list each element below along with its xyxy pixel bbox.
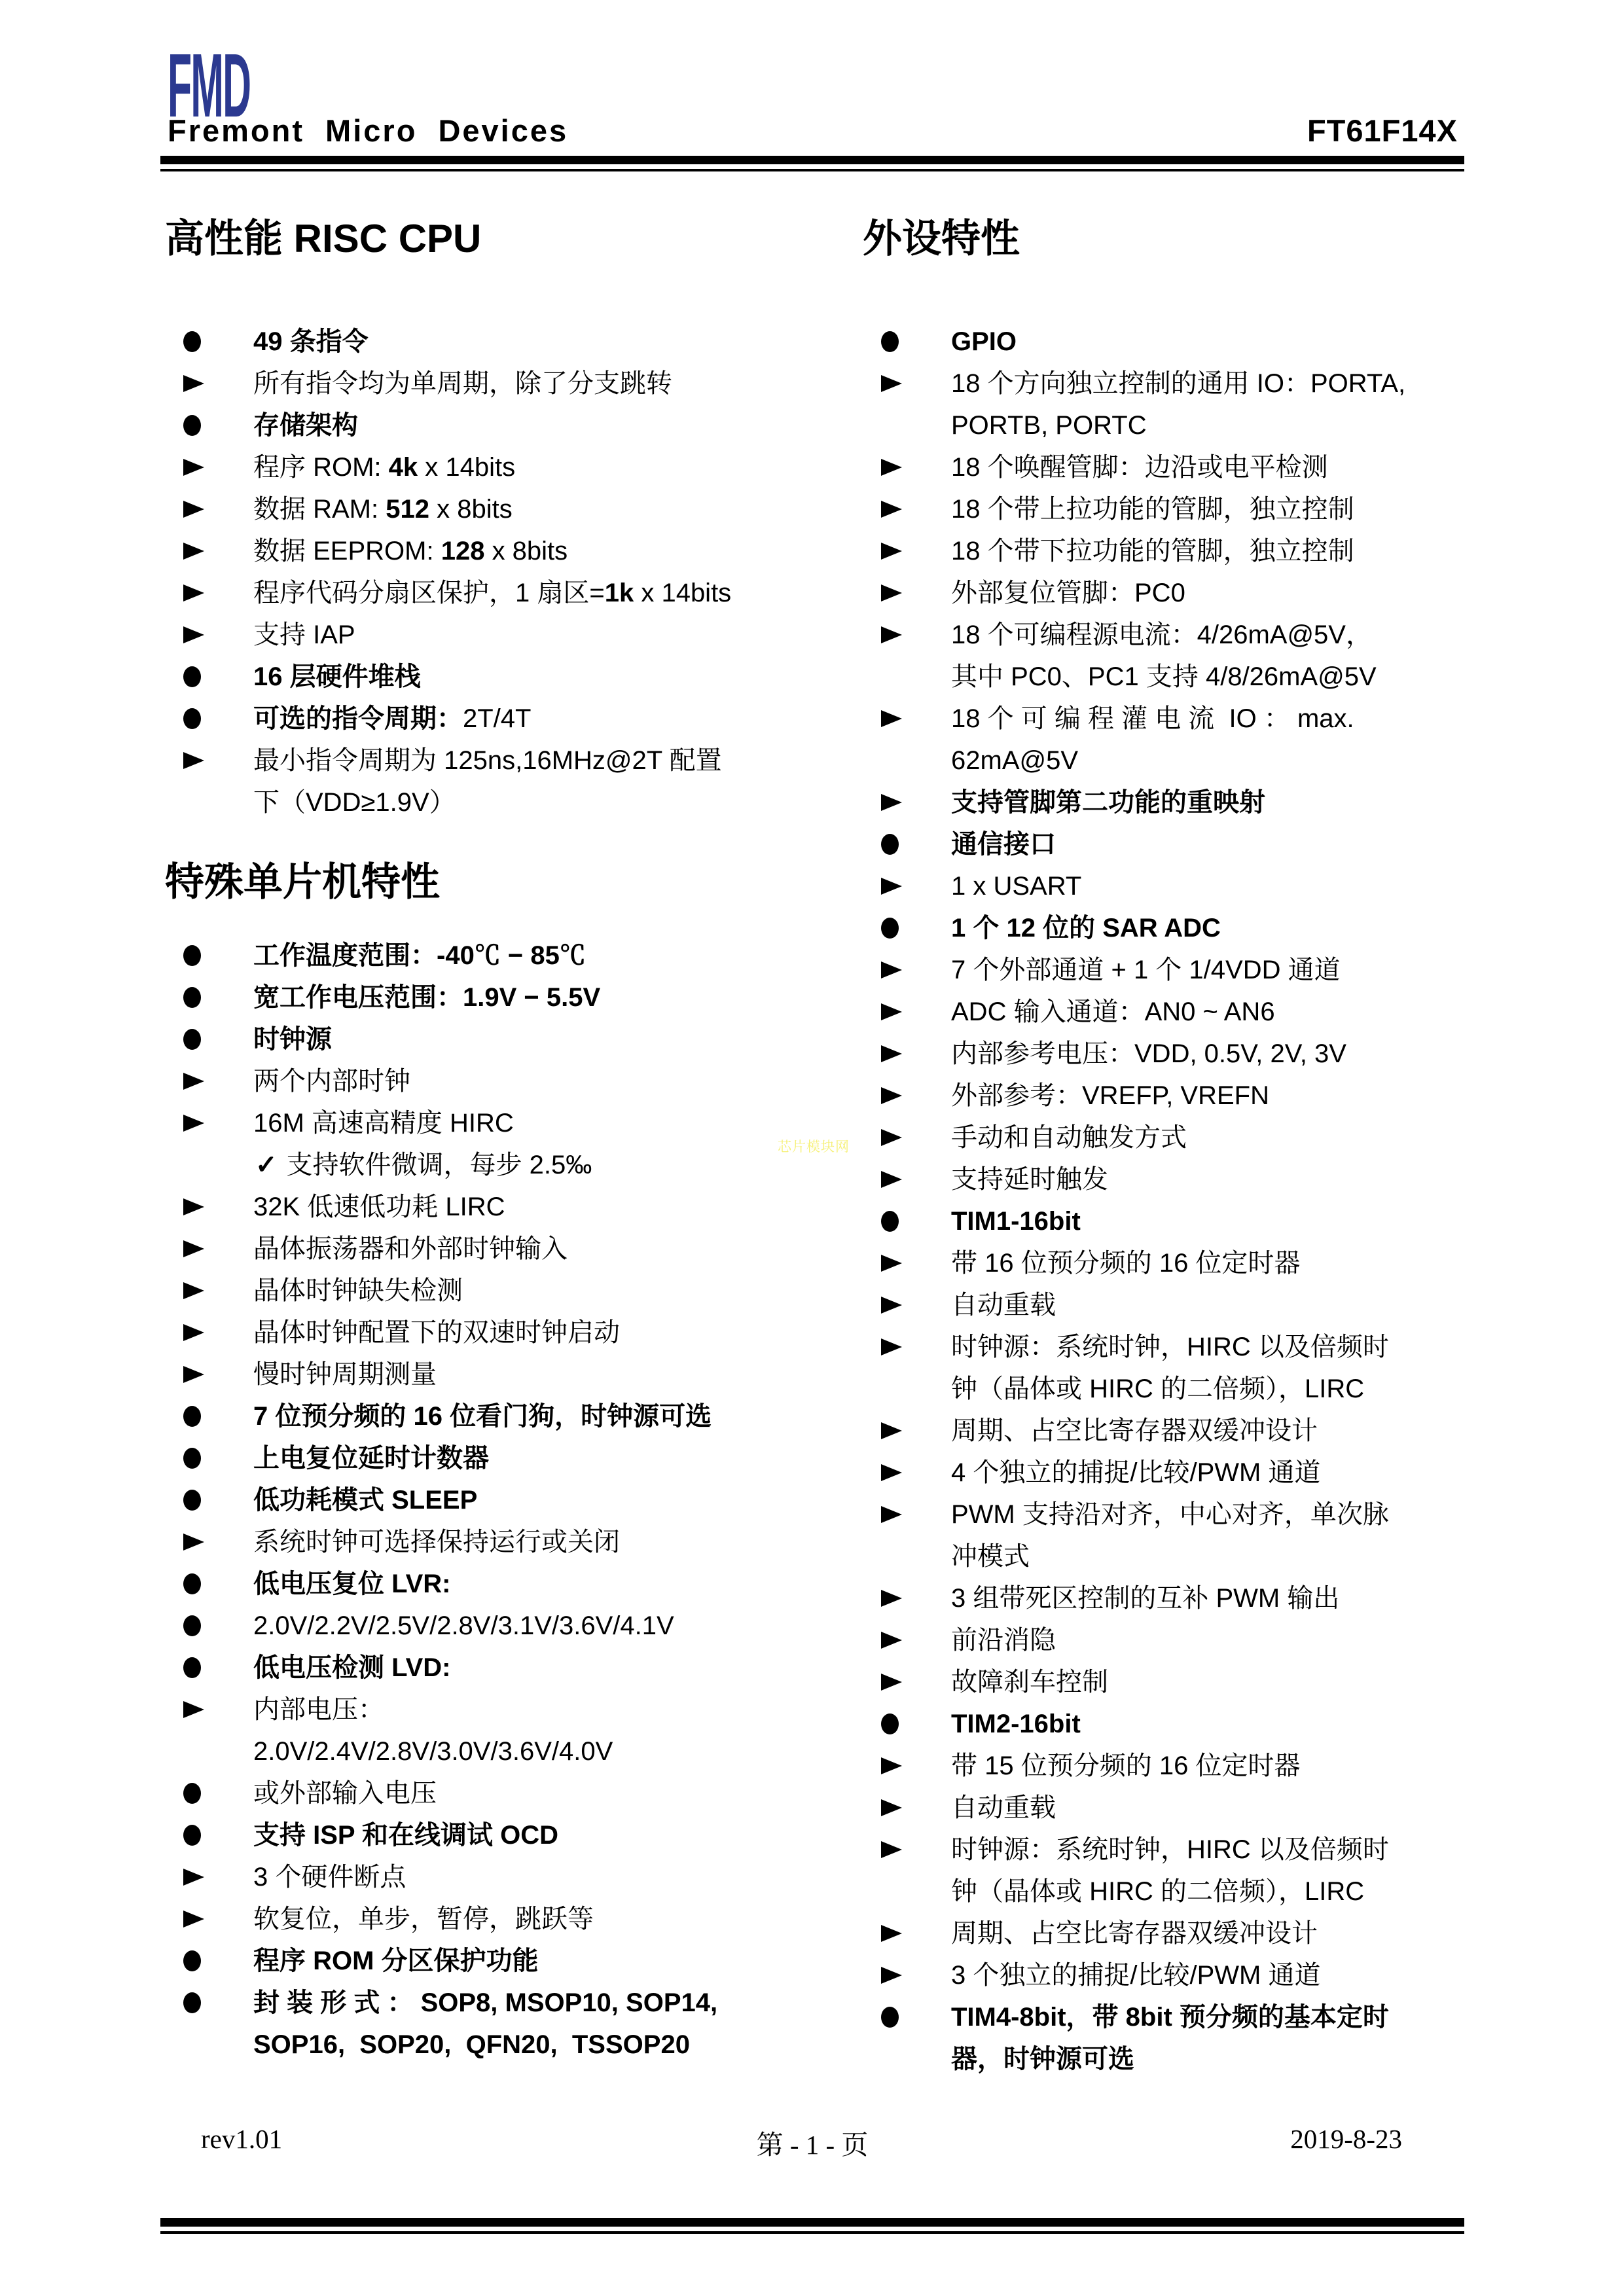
feature-text: 最小指令周期为 125ns,16MHz@2T 配置 下（VDD≥1.9V） <box>253 746 722 817</box>
feature-text: 18 个方向独立控制的通用 IO：PORTA, PORTB, PORTC <box>951 369 1405 440</box>
feature-text: TIM2-16bit <box>951 1710 1081 1738</box>
feature-text: 1 x USART <box>951 872 1081 901</box>
arrow-bullet-icon <box>183 1856 204 1898</box>
text-run: 故障刹车控制 <box>951 1668 1108 1696</box>
feature-item: 7 位预分频的 16 位看门狗，时钟源可选 <box>165 1395 814 1437</box>
feature-item: 1 个 12 位的 SAR ADC <box>863 907 1481 949</box>
header-rule-thin <box>160 169 1464 171</box>
feature-text: 存储架构 <box>253 411 358 440</box>
text-run: 所有指令均为单周期，除了分支跳转 <box>253 369 672 398</box>
text-run: x 8bits <box>429 495 513 524</box>
arrow-bullet-icon-shape <box>881 375 902 392</box>
feature-text: 时钟源：系统时钟，HIRC 以及倍频时 钟（晶体或 HIRC 的二倍频），LIR… <box>951 1835 1389 1906</box>
arrow-bullet-icon-shape <box>881 1464 902 1481</box>
feature-text: 系统时钟可选择保持运行或关闭 <box>253 1528 620 1556</box>
feature-item: 3 个独立的捕捉/比较/PWM 通道 <box>863 1954 1481 1996</box>
text-run: 4k <box>389 453 418 482</box>
feature-item: 时钟源：系统时钟，HIRC 以及倍频时 钟（晶体或 HIRC 的二倍频），LIR… <box>863 1326 1481 1410</box>
text-run: 支持 IAP <box>253 620 355 649</box>
feature-item: 程序 ROM: 4k x 14bits <box>165 446 814 488</box>
text-run: 18 个带上拉功能的管脚，独立控制 <box>951 495 1354 524</box>
text-run: 周期、占空比寄存器双缓冲设计 <box>951 1919 1318 1948</box>
feature-text: ADC 输入通道：AN0 ~ AN6 <box>951 997 1275 1026</box>
feature-item: 最小指令周期为 125ns,16MHz@2T 配置 下（VDD≥1.9V） <box>165 740 814 823</box>
footer-rule-thick <box>160 2218 1464 2227</box>
bullet-dot-icon <box>183 1395 201 1437</box>
bullet-dot-icon <box>183 1647 201 1689</box>
feature-item: 宽工作电压范围：1.9V − 5.5V <box>165 977 814 1018</box>
feature-text: 自动重载 <box>951 1793 1056 1822</box>
arrow-bullet-icon-shape <box>881 1297 902 1314</box>
text-run: x 8bits <box>484 537 568 565</box>
bullet-dot-icon <box>183 1814 201 1856</box>
text-run: 时钟源：系统时钟，HIRC 以及倍频时 钟（晶体或 HIRC 的二倍频），LIR… <box>951 1333 1389 1403</box>
text-run: 2T/4T <box>463 704 531 733</box>
arrow-bullet-icon-shape <box>881 501 902 518</box>
arrow-bullet-icon <box>881 865 902 907</box>
text-run: 周期、占空比寄存器双缓冲设计 <box>951 1416 1318 1445</box>
feature-item: 可选的指令周期：2T/4T <box>165 698 814 740</box>
text-run: x 14bits <box>418 453 515 482</box>
text-run: 内部参考电压：VDD, 0.5V, 2V, 3V <box>951 1039 1346 1068</box>
arrow-bullet-icon-shape <box>881 584 902 601</box>
arrow-bullet-icon-shape <box>183 1115 204 1132</box>
feature-item: 支持延时触发 <box>863 1158 1481 1200</box>
right-column: 外设特性GPIO18 个方向独立控制的通用 IO：PORTA, PORTB, P… <box>863 219 1481 2080</box>
text-run: PWM 支持沿对齐，中心对齐，单次脉 冲模式 <box>951 1500 1389 1571</box>
arrow-bullet-icon-shape <box>183 1869 204 1886</box>
feature-item: 16M 高速高精度 HIRC <box>165 1102 814 1144</box>
text-run: 18 个可编程源电流：4/26mA@5V， 其中 PC0、PC1 支持 4/8/… <box>951 620 1377 691</box>
feature-text: 程序代码分扇区保护，1 扇区=1k x 14bits <box>253 579 731 607</box>
feature-text: 通信接口 <box>951 830 1056 859</box>
bullet-dot-icon-shape <box>881 2007 899 2028</box>
text-run: 32K 低速低功耗 LIRC <box>253 1193 505 1221</box>
arrow-bullet-icon-shape <box>881 1632 902 1649</box>
arrow-bullet-icon-shape <box>183 1240 204 1257</box>
text-run: TIM2-16bit <box>951 1710 1081 1738</box>
company-name: Fremont Micro Devices <box>168 113 568 149</box>
feature-item: 上电复位延时计数器 <box>165 1437 814 1479</box>
text-run: 低电压检测 LVD: <box>253 1653 450 1682</box>
arrow-bullet-icon-shape <box>183 626 204 643</box>
text-run: 18 个带下拉功能的管脚，独立控制 <box>951 537 1354 565</box>
text-run: 3 个独立的捕捉/比较/PWM 通道 <box>951 1961 1320 1990</box>
text-run: 带 16 位预分频的 16 位定时器 <box>951 1249 1300 1278</box>
header-rule-thick <box>160 156 1464 164</box>
feature-item: 系统时钟可选择保持运行或关闭 <box>165 1521 814 1563</box>
arrow-bullet-icon-shape <box>881 794 902 811</box>
text-run: 16M 高速高精度 HIRC <box>253 1109 514 1138</box>
feature-text: 程序 ROM: 4k x 14bits <box>253 453 515 482</box>
bullet-dot-icon <box>183 656 201 698</box>
feature-item: 18 个可编程源电流：4/26mA@5V， 其中 PC0、PC1 支持 4/8/… <box>863 614 1481 698</box>
arrow-bullet-icon-shape <box>881 1799 902 1816</box>
arrow-bullet-icon-shape <box>183 1701 204 1718</box>
section-title: 高性能 RISC CPU <box>165 219 814 259</box>
arrow-bullet-icon <box>881 991 902 1033</box>
feature-item: 数据 EEPROM: 128 x 8bits <box>165 530 814 572</box>
arrow-bullet-icon-shape <box>881 1925 902 1942</box>
feature-text: 周期、占空比寄存器双缓冲设计 <box>951 1919 1318 1948</box>
text-run: 16 层硬件堆栈 <box>253 662 421 691</box>
arrow-bullet-icon <box>183 363 204 404</box>
arrow-bullet-icon <box>881 614 902 656</box>
feature-item: 18 个 可 编 程 灌 电 流 IO ： max. 62mA@5V <box>863 698 1481 781</box>
feature-text: 时钟源 <box>253 1025 332 1054</box>
arrow-bullet-icon-shape <box>183 584 204 601</box>
arrow-bullet-icon <box>881 530 902 572</box>
feature-item: 故障刹车控制 <box>863 1661 1481 1703</box>
text-run: x 14bits <box>634 579 731 607</box>
feature-text: TIM4-8bit，带 8bit 预分频的基本定时 器，时钟源可选 <box>951 2003 1389 2073</box>
arrow-bullet-icon <box>881 1619 902 1661</box>
arrow-bullet-icon-shape <box>881 1506 902 1523</box>
arrow-bullet-icon-shape <box>881 1841 902 1858</box>
arrow-bullet-icon <box>881 1745 902 1787</box>
feature-item: TIM4-8bit，带 8bit 预分频的基本定时 器，时钟源可选 <box>863 1996 1481 2080</box>
arrow-bullet-icon-shape <box>881 626 902 643</box>
arrow-bullet-icon-shape <box>881 1003 902 1020</box>
feature-item: 自动重载 <box>863 1284 1481 1326</box>
feature-text: 两个内部时钟 <box>253 1067 410 1096</box>
text-run: 3 个硬件断点 <box>253 1863 406 1892</box>
arrow-bullet-icon-shape <box>881 1129 902 1146</box>
arrow-bullet-icon-shape <box>183 1073 204 1090</box>
feature-item: 周期、占空比寄存器双缓冲设计 <box>863 1912 1481 1954</box>
arrow-bullet-icon <box>183 1270 204 1312</box>
text-run: 1 个 12 位的 SAR ADC <box>951 914 1221 942</box>
feature-text: 故障刹车控制 <box>951 1668 1108 1696</box>
feature-text: TIM1-16bit <box>951 1207 1081 1236</box>
bullet-dot-icon <box>183 1605 201 1647</box>
arrow-bullet-icon <box>881 488 902 530</box>
feature-text: 晶体时钟缺失检测 <box>253 1276 463 1305</box>
arrow-bullet-icon <box>881 1954 902 1996</box>
text-run: 通信接口 <box>951 830 1056 859</box>
arrow-bullet-icon-shape <box>183 1282 204 1299</box>
text-run: 宽工作电压范围：1.9V − 5.5V <box>253 983 600 1012</box>
arrow-bullet-icon <box>881 949 902 991</box>
text-run: 1 x USART <box>951 872 1081 901</box>
bullet-dot-icon-shape <box>183 708 201 729</box>
text-run: 最小指令周期为 125ns,16MHz@2T 配置 下（VDD≥1.9V） <box>253 746 722 817</box>
arrow-bullet-icon <box>183 488 204 530</box>
feature-item: 数据 RAM: 512 x 8bits <box>165 488 814 530</box>
feature-text: 支持管脚第二功能的重映射 <box>951 788 1265 817</box>
feature-item: 或外部输入电压 <box>165 1772 814 1814</box>
arrow-bullet-icon <box>881 1912 902 1954</box>
feature-item: 18 个带上拉功能的管脚，独立控制 <box>863 488 1481 530</box>
bullet-dot-icon-shape <box>183 1783 201 1804</box>
section-title: 特殊单片机特性 <box>165 863 814 902</box>
feature-item: 低电压复位 LVR: <box>165 1563 814 1605</box>
feature-text: 支持 IAP <box>253 620 355 649</box>
feature-text: 3 个独立的捕捉/比较/PWM 通道 <box>951 1961 1320 1990</box>
text-run: 数据 EEPROM: <box>253 537 441 565</box>
bullet-dot-icon-shape <box>183 331 201 352</box>
arrow-bullet-icon-shape <box>881 1087 902 1104</box>
arrow-bullet-icon-shape <box>881 1967 902 1984</box>
arrow-bullet-icon <box>881 1661 902 1703</box>
feature-item: 支持管脚第二功能的重映射 <box>863 781 1481 823</box>
bullet-dot-icon <box>183 1772 201 1814</box>
feature-item: GPIO <box>863 321 1481 363</box>
feature-item: 工作温度范围：-40℃ − 85℃ <box>165 935 814 977</box>
arrow-bullet-icon-shape <box>881 878 902 895</box>
arrow-bullet-icon <box>881 1829 902 1871</box>
feature-item: 支持 ISP 和在线调试 OCD <box>165 1814 814 1856</box>
arrow-bullet-icon <box>183 446 204 488</box>
feature-item: 晶体时钟缺失检测 <box>165 1270 814 1312</box>
feature-text: 1 个 12 位的 SAR ADC <box>951 914 1221 942</box>
feature-item: ADC 输入通道：AN0 ~ AN6 <box>863 991 1481 1033</box>
text-run: 程序 ROM: <box>253 453 389 482</box>
arrow-bullet-icon <box>881 1577 902 1619</box>
text-run: 程序代码分扇区保护，1 扇区= <box>253 579 605 607</box>
feature-text: 慢时钟周期测量 <box>253 1360 437 1389</box>
arrow-bullet-icon <box>183 530 204 572</box>
text-run: 系统时钟可选择保持运行或关闭 <box>253 1528 620 1556</box>
feature-item: 存储架构 <box>165 404 814 446</box>
feature-item: 外部参考：VREFP, VREFN <box>863 1075 1481 1117</box>
check-icon: ✓ <box>255 1151 278 1179</box>
arrow-bullet-icon-shape <box>881 1422 902 1439</box>
bullet-dot-icon-shape <box>183 1615 201 1636</box>
text-run: 手动和自动触发方式 <box>951 1123 1187 1152</box>
arrow-bullet-icon <box>183 614 204 656</box>
arrow-bullet-icon <box>881 1075 902 1117</box>
arrow-bullet-icon <box>881 363 902 404</box>
arrow-bullet-icon-shape <box>881 1674 902 1691</box>
arrow-bullet-icon <box>881 572 902 614</box>
feature-item: 18 个带下拉功能的管脚，独立控制 <box>863 530 1481 572</box>
arrow-bullet-icon-shape <box>183 1324 204 1341</box>
arrow-bullet-icon-shape <box>881 710 902 727</box>
feature-item: 周期、占空比寄存器双缓冲设计 <box>863 1410 1481 1452</box>
arrow-bullet-icon-shape <box>183 1198 204 1215</box>
arrow-bullet-icon-shape <box>881 1757 902 1774</box>
feature-text: 16 层硬件堆栈 <box>253 662 421 691</box>
bullet-dot-icon <box>183 977 201 1018</box>
feature-item: 7 个外部通道 + 1 个 1/4VDD 通道 <box>863 949 1481 991</box>
feature-item: 49 条指令 <box>165 321 814 363</box>
text-run: 上电复位延时计数器 <box>253 1444 489 1473</box>
feature-text: 低电压检测 LVD: <box>253 1653 450 1682</box>
feature-text: 带 16 位预分频的 16 位定时器 <box>951 1249 1300 1278</box>
feature-item: 晶体时钟配置下的双速时钟启动 <box>165 1312 814 1354</box>
text-run: 自动重载 <box>951 1793 1056 1822</box>
text-run: 工作温度范围：-40℃ − 85℃ <box>253 941 586 970</box>
text-run: 晶体振荡器和外部时钟输入 <box>253 1234 568 1263</box>
arrow-bullet-icon <box>881 1242 902 1284</box>
arrow-bullet-icon <box>183 1060 204 1102</box>
feature-text: 或外部输入电压 <box>253 1779 437 1808</box>
feature-text: 手动和自动触发方式 <box>951 1123 1187 1152</box>
text-run: 时钟源 <box>253 1025 332 1054</box>
arrow-bullet-icon <box>881 1117 902 1158</box>
text-run: TIM1-16bit <box>951 1207 1081 1236</box>
feature-item: 时钟源：系统时钟，HIRC 以及倍频时 钟（晶体或 HIRC 的二倍频），LIR… <box>863 1829 1481 1912</box>
arrow-bullet-icon <box>183 1186 204 1228</box>
bullet-dot-icon <box>881 321 899 363</box>
feature-text: 上电复位延时计数器 <box>253 1444 489 1473</box>
text-run: 存储架构 <box>253 411 358 440</box>
arrow-bullet-icon-shape <box>881 1045 902 1062</box>
feature-item: 软复位，单步，暂停，跳跃等 <box>165 1898 814 1940</box>
feature-text: 外部参考：VREFP, VREFN <box>951 1081 1269 1110</box>
feature-text: 低电压复位 LVR: <box>253 1570 450 1598</box>
text-run: 4 个独立的捕捉/比较/PWM 通道 <box>951 1458 1320 1487</box>
feature-text: 工作温度范围：-40℃ − 85℃ <box>253 941 586 970</box>
feature-text: 晶体时钟配置下的双速时钟启动 <box>253 1318 620 1347</box>
datasheet-page: FMD Fremont Micro Devices FT61F14X 高性能 R… <box>0 0 1624 2296</box>
text-run: 18 个唤醒管脚：边沿或电平检测 <box>951 453 1328 482</box>
feature-item: 前沿消隐 <box>863 1619 1481 1661</box>
feature-item: ✓支持软件微调，每步 2.5‰ <box>165 1144 814 1186</box>
text-run: 低功耗模式 SLEEP <box>253 1486 477 1515</box>
bullet-dot-icon-shape <box>881 918 899 939</box>
text-run: 128 <box>441 537 485 565</box>
text-run: 7 位预分频的 16 位看门狗，时钟源可选 <box>253 1402 712 1431</box>
arrow-bullet-icon <box>881 446 902 488</box>
feature-item: 18 个唤醒管脚：边沿或电平检测 <box>863 446 1481 488</box>
feature-item: 程序 ROM 分区保护功能 <box>165 1940 814 1982</box>
feature-item: 1 x USART <box>863 865 1481 907</box>
footer-revision: rev1.01 <box>201 2123 282 2155</box>
feature-text: 7 位预分频的 16 位看门狗，时钟源可选 <box>253 1402 712 1431</box>
arrow-bullet-icon-shape <box>183 752 204 769</box>
text-run: 可选的指令周期： <box>253 704 463 733</box>
text-run: 2.0V/2.2V/2.5V/2.8V/3.1V/3.6V/4.1V <box>253 1611 674 1640</box>
bullet-dot-icon-shape <box>881 1211 899 1232</box>
text-run: 软复位，单步，暂停，跳跃等 <box>253 1905 594 1933</box>
text-run: 带 15 位预分频的 16 位定时器 <box>951 1751 1300 1780</box>
feature-item: 通信接口 <box>863 823 1481 865</box>
text-run: 1k <box>605 579 634 607</box>
bullet-dot-icon-shape <box>183 1825 201 1846</box>
feature-text: 自动重载 <box>951 1291 1056 1319</box>
part-number: FT61F14X <box>1307 113 1458 149</box>
arrow-bullet-icon-shape <box>183 1366 204 1383</box>
footer: rev1.01 第 - 1 - 页 2019-8-23 <box>160 2123 1464 2157</box>
feature-item: 低电压检测 LVD: <box>165 1647 814 1689</box>
arrow-bullet-icon <box>881 1410 902 1452</box>
footer-date: 2019-8-23 <box>1290 2123 1402 2155</box>
feature-item: 16 层硬件堆栈 <box>165 656 814 698</box>
arrow-bullet-icon-shape <box>881 543 902 560</box>
text-run: TIM4-8bit，带 8bit 预分频的基本定时 器，时钟源可选 <box>951 2003 1389 2073</box>
arrow-bullet-icon <box>183 1521 204 1563</box>
feature-item: 封 装 形 式 ： SOP8, MSOP10, SOP14, SOP16, SO… <box>165 1982 814 2066</box>
arrow-bullet-icon <box>183 1228 204 1270</box>
arrow-bullet-icon <box>881 1158 902 1200</box>
bullet-dot-icon <box>183 404 201 446</box>
arrow-bullet-icon <box>881 781 902 823</box>
text-run: 程序 ROM 分区保护功能 <box>253 1946 539 1975</box>
bullet-dot-icon-shape <box>183 987 201 1008</box>
text-run: 支持 ISP 和在线调试 OCD <box>253 1821 558 1850</box>
bullet-dot-icon <box>183 1563 201 1605</box>
arrow-bullet-icon-shape <box>183 501 204 518</box>
text-run: 低电压复位 LVR: <box>253 1570 450 1598</box>
left-column: 高性能 RISC CPU49 条指令所有指令均为单周期，除了分支跳转存储架构程序… <box>165 219 814 2066</box>
feature-item: TIM1-16bit <box>863 1200 1481 1242</box>
text-run: 外部复位管脚：PC0 <box>951 579 1185 607</box>
arrow-bullet-icon <box>183 572 204 614</box>
feature-text: 7 个外部通道 + 1 个 1/4VDD 通道 <box>951 956 1341 984</box>
section-title: 外设特性 <box>863 219 1481 259</box>
bullet-dot-icon-shape <box>183 1950 201 1971</box>
feature-text: 16M 高速高精度 HIRC <box>253 1109 514 1138</box>
bullet-dot-icon <box>881 907 899 949</box>
arrow-bullet-icon-shape <box>183 1534 204 1551</box>
text-run: 晶体时钟配置下的双速时钟启动 <box>253 1318 620 1347</box>
bullet-dot-icon-shape <box>183 1029 201 1050</box>
feature-text: 18 个唤醒管脚：边沿或电平检测 <box>951 453 1328 482</box>
feature-item: 晶体振荡器和外部时钟输入 <box>165 1228 814 1270</box>
feature-text: 低功耗模式 SLEEP <box>253 1486 477 1515</box>
feature-item: 带 16 位预分频的 16 位定时器 <box>863 1242 1481 1284</box>
arrow-bullet-icon <box>881 1494 902 1535</box>
text-run: 数据 RAM: <box>253 495 386 524</box>
feature-text: 18 个 可 编 程 灌 电 流 IO ： max. 62mA@5V <box>951 704 1354 775</box>
arrow-bullet-icon <box>881 698 902 740</box>
feature-item: 自动重载 <box>863 1787 1481 1829</box>
arrow-bullet-icon <box>183 740 204 781</box>
feature-text: 晶体振荡器和外部时钟输入 <box>253 1234 568 1263</box>
arrow-bullet-icon-shape <box>881 961 902 978</box>
feature-item: 程序代码分扇区保护，1 扇区=1k x 14bits <box>165 572 814 614</box>
arrow-bullet-icon <box>183 1312 204 1354</box>
text-run: 自动重载 <box>951 1291 1056 1319</box>
feature-item: 3 组带死区控制的互补 PWM 输出 <box>863 1577 1481 1619</box>
bullet-dot-icon <box>183 1940 201 1982</box>
feature-text: 封 装 形 式 ： SOP8, MSOP10, SOP14, SOP16, SO… <box>253 1988 717 2059</box>
feature-text: PWM 支持沿对齐，中心对齐，单次脉 冲模式 <box>951 1500 1389 1571</box>
text-run: 内部电压： 2.0V/2.4V/2.8V/3.0V/3.6V/4.0V <box>253 1695 613 1766</box>
text-run: 支持延时触发 <box>951 1165 1108 1194</box>
bullet-dot-icon-shape <box>183 1992 201 2013</box>
feature-item: 低功耗模式 SLEEP <box>165 1479 814 1521</box>
feature-text: 可选的指令周期：2T/4T <box>253 704 531 733</box>
feature-text: 数据 EEPROM: 128 x 8bits <box>253 537 568 565</box>
bullet-dot-icon <box>183 1982 201 2024</box>
arrow-bullet-icon <box>881 1284 902 1326</box>
feature-text: 32K 低速低功耗 LIRC <box>253 1193 505 1221</box>
feature-text: 支持 ISP 和在线调试 OCD <box>253 1821 558 1850</box>
arrow-bullet-icon-shape <box>183 1910 204 1928</box>
feature-item: 内部电压： 2.0V/2.4V/2.8V/3.0V/3.6V/4.0V <box>165 1689 814 1772</box>
bullet-dot-icon <box>881 823 899 865</box>
feature-item: 3 个硬件断点 <box>165 1856 814 1898</box>
bullet-dot-icon <box>881 1703 899 1745</box>
feature-text: 外部复位管脚：PC0 <box>951 579 1185 607</box>
text-run: 晶体时钟缺失检测 <box>253 1276 463 1305</box>
feature-text: 支持延时触发 <box>951 1165 1108 1194</box>
feature-text: 时钟源：系统时钟，HIRC 以及倍频时 钟（晶体或 HIRC 的二倍频），LIR… <box>951 1333 1389 1403</box>
feature-item: 支持 IAP <box>165 614 814 656</box>
arrow-bullet-icon <box>881 1033 902 1075</box>
feature-item: 4 个独立的捕捉/比较/PWM 通道 <box>863 1452 1481 1494</box>
text-run: 49 条指令 <box>253 327 369 356</box>
arrow-bullet-icon-shape <box>183 543 204 560</box>
feature-text: 18 个可编程源电流：4/26mA@5V， 其中 PC0、PC1 支持 4/8/… <box>951 620 1377 691</box>
feature-text: 18 个带上拉功能的管脚，独立控制 <box>951 495 1354 524</box>
text-run: 两个内部时钟 <box>253 1067 410 1096</box>
arrow-bullet-icon-shape <box>183 459 204 476</box>
bullet-dot-icon <box>183 1018 201 1060</box>
